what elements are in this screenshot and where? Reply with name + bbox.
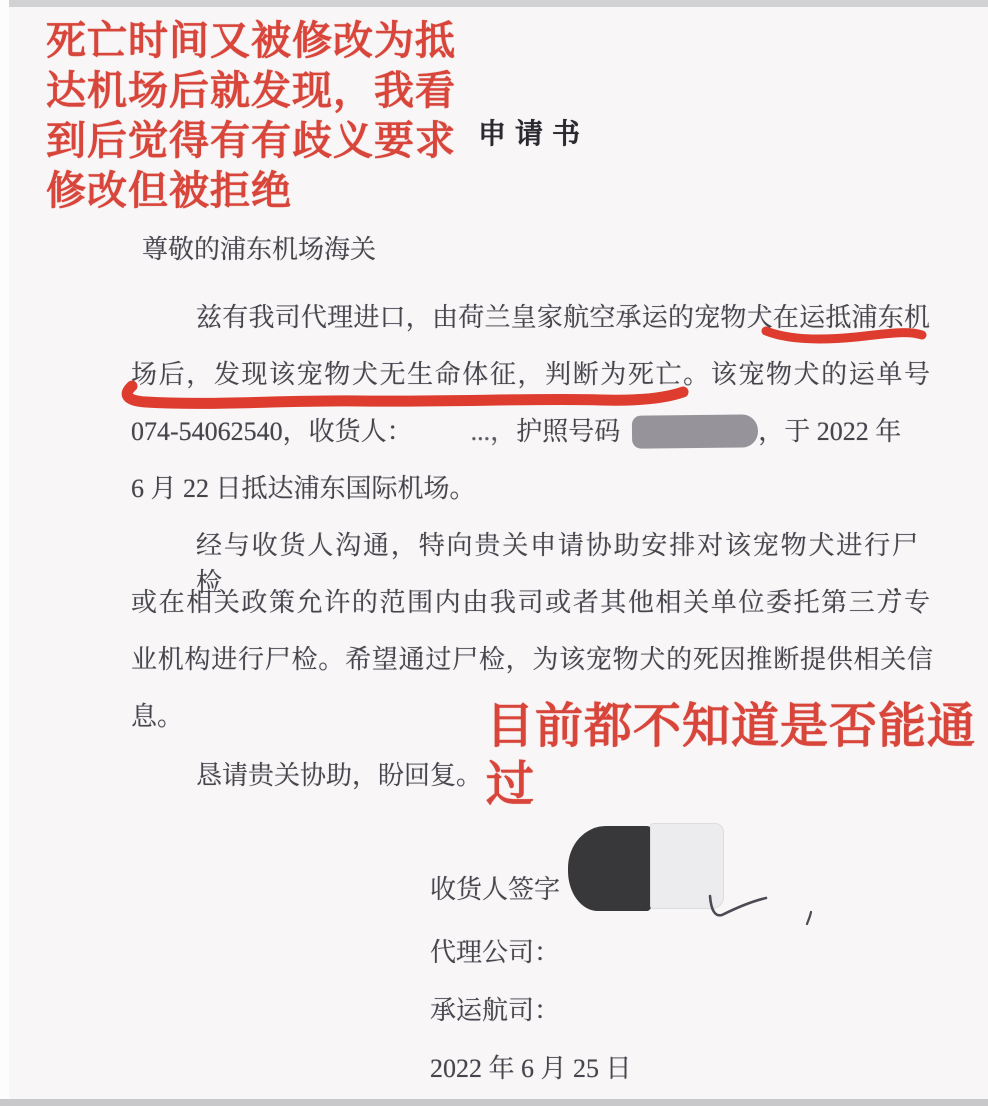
salutation: 尊敬的浦东机场海关 <box>142 229 376 266</box>
passport-label: 护照号码 <box>516 417 620 446</box>
carrier-airline-label: 承运航司： <box>430 990 560 1027</box>
date-line: 2022 年 6 月 25 日 <box>430 1048 632 1085</box>
doc-title: 申请书 <box>478 112 589 152</box>
arrival-year: ，于 2022 年 <box>758 417 901 446</box>
agent-company-label: 代理公司： <box>430 932 560 969</box>
red-underline-2 <box>116 378 701 414</box>
body-line-p1-l4: 6 月 22 日抵达浦东国际机场。 <box>131 468 476 504</box>
margin-note-line: 修改但被拒绝 <box>46 166 456 216</box>
photo-top-edge <box>0 0 988 7</box>
body-line-p2-l2: 或在相关政策允许的范围内由我司或者其他相关单位委托第三方专 <box>131 582 930 618</box>
margin-note-line: 到后觉得有有歧义要求 <box>46 116 456 166</box>
body-line-p2-l4: 息。 <box>131 696 183 732</box>
body-line-waybill: 074-54062540，收货人：...，护照号码，于 2022 年 <box>131 411 961 447</box>
signature-pen-stroke <box>698 888 828 933</box>
document-photo: 死亡时间又被修改为抵 达机场后就发现，我看 到后觉得有有歧义要求 修改但被拒绝 … <box>0 0 988 1106</box>
body-line-p2-l3: 业机构进行尸检。希望通过尸检，为该宠物犬的死因推断提供相关信 <box>131 639 933 675</box>
margin-note-approval: 目前都不知道是否能通 过 <box>486 698 976 814</box>
body-line-p2-l1: 经与收货人沟通，特向贵关申请协助安排对该宠物犬进行尸检， <box>196 525 918 561</box>
margin-note-line: 死亡时间又被修改为抵 <box>46 16 456 66</box>
passport-number-redaction <box>632 414 758 448</box>
margin-note-line: 目前都不知道是否能通 <box>486 698 976 756</box>
red-underline-1 <box>756 322 934 352</box>
margin-note-death-time: 死亡时间又被修改为抵 达机场后就发现，我看 到后觉得有有歧义要求 修改但被拒绝 <box>46 16 456 216</box>
closing-line: 恳请贵关协助，盼回复。 <box>196 755 482 791</box>
erased-name-dots: ...， <box>471 417 517 446</box>
photo-left-edge <box>0 0 9 1106</box>
signature-redaction-dark <box>568 826 652 911</box>
margin-note-line: 过 <box>486 756 976 814</box>
waybill-and-consignee: 074-54062540，收货人： <box>131 417 413 446</box>
photo-bottom-edge <box>0 1099 988 1106</box>
margin-note-line: 达机场后就发现，我看 <box>46 66 456 116</box>
consignee-signature-label: 收货人签字 <box>430 869 560 906</box>
